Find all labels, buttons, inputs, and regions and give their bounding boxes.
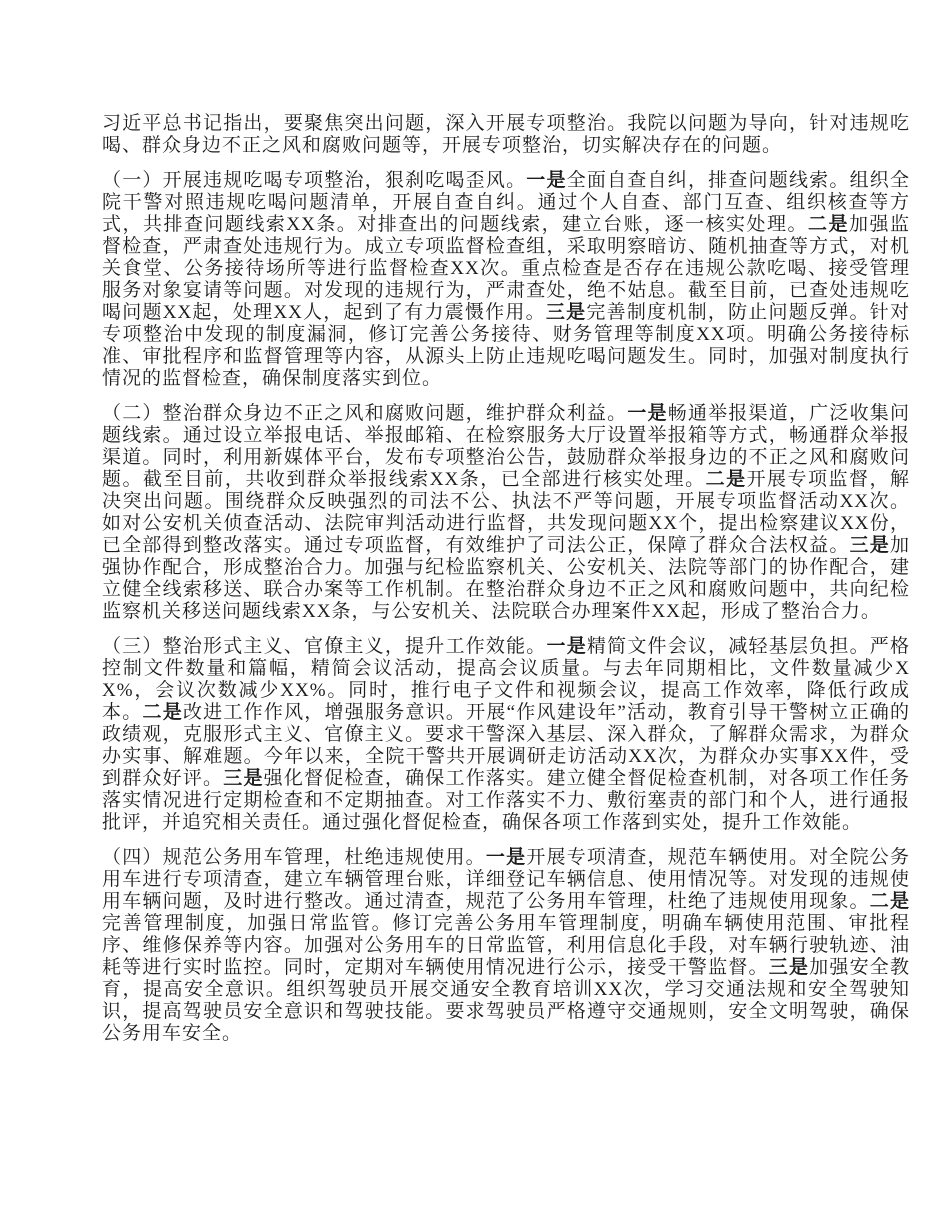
emphasis-run: 一是 (526, 170, 566, 191)
emphasis-run: 一是 (547, 636, 587, 657)
paragraph-section-1: （一）开展违规吃喝专项整治，狠刹吃喝歪风。一是全面自查自纠，排查问题线索。组织全… (102, 170, 910, 390)
emphasis-run: 三是 (769, 957, 809, 978)
text-run: （二）整治群众身边不正之风和腐败问题，维护群众利益。 (102, 403, 627, 424)
text-run: （三）整治形式主义、官僚主义，提升工作效能。 (102, 636, 547, 657)
emphasis-run: 一是 (627, 403, 667, 424)
emphasis-run: 三是 (546, 302, 586, 323)
emphasis-run: 三是 (850, 535, 890, 556)
document-content: 习近平总书记指出，要聚焦突出问题，深入开展专项整治。我院以问题为导向，针对违规吃… (102, 113, 910, 1045)
paragraph-section-2: （二）整治群众身边不正之风和腐败问题，维护群众利益。一是畅通举报渠道，广泛收集问… (102, 403, 910, 623)
text-run: 习近平总书记指出，要聚焦突出问题，深入开展专项整治。我院以问题为导向，针对违规吃… (102, 113, 910, 156)
text-run: （一）开展违规吃喝专项整治，狠刹吃喝歪风。 (102, 170, 526, 191)
emphasis-run: 二是 (870, 891, 910, 912)
emphasis-run: 二是 (142, 702, 182, 723)
emphasis-run: 一是 (486, 847, 526, 868)
paragraph-section-4: （四）规范公务用车管理，杜绝违规使用。一是开展专项清查，规范车辆使用。对全院公务… (102, 847, 910, 1045)
emphasis-run: 二是 (808, 214, 849, 235)
paragraph-intro: 习近平总书记指出，要聚焦突出问题，深入开展专项整治。我院以问题为导向，针对违规吃… (102, 113, 910, 157)
paragraph-section-3: （三）整治形式主义、官僚主义，提升工作效能。一是精简文件会议，减轻基层负担。严格… (102, 636, 910, 834)
text-run: （四）规范公务用车管理，杜绝违规使用。 (102, 847, 486, 868)
emphasis-run: 二是 (706, 469, 747, 490)
document-page: 习近平总书记指出，要聚焦突出问题，深入开展专项整治。我院以问题为导向，针对违规吃… (0, 0, 950, 1230)
emphasis-run: 三是 (223, 768, 263, 789)
